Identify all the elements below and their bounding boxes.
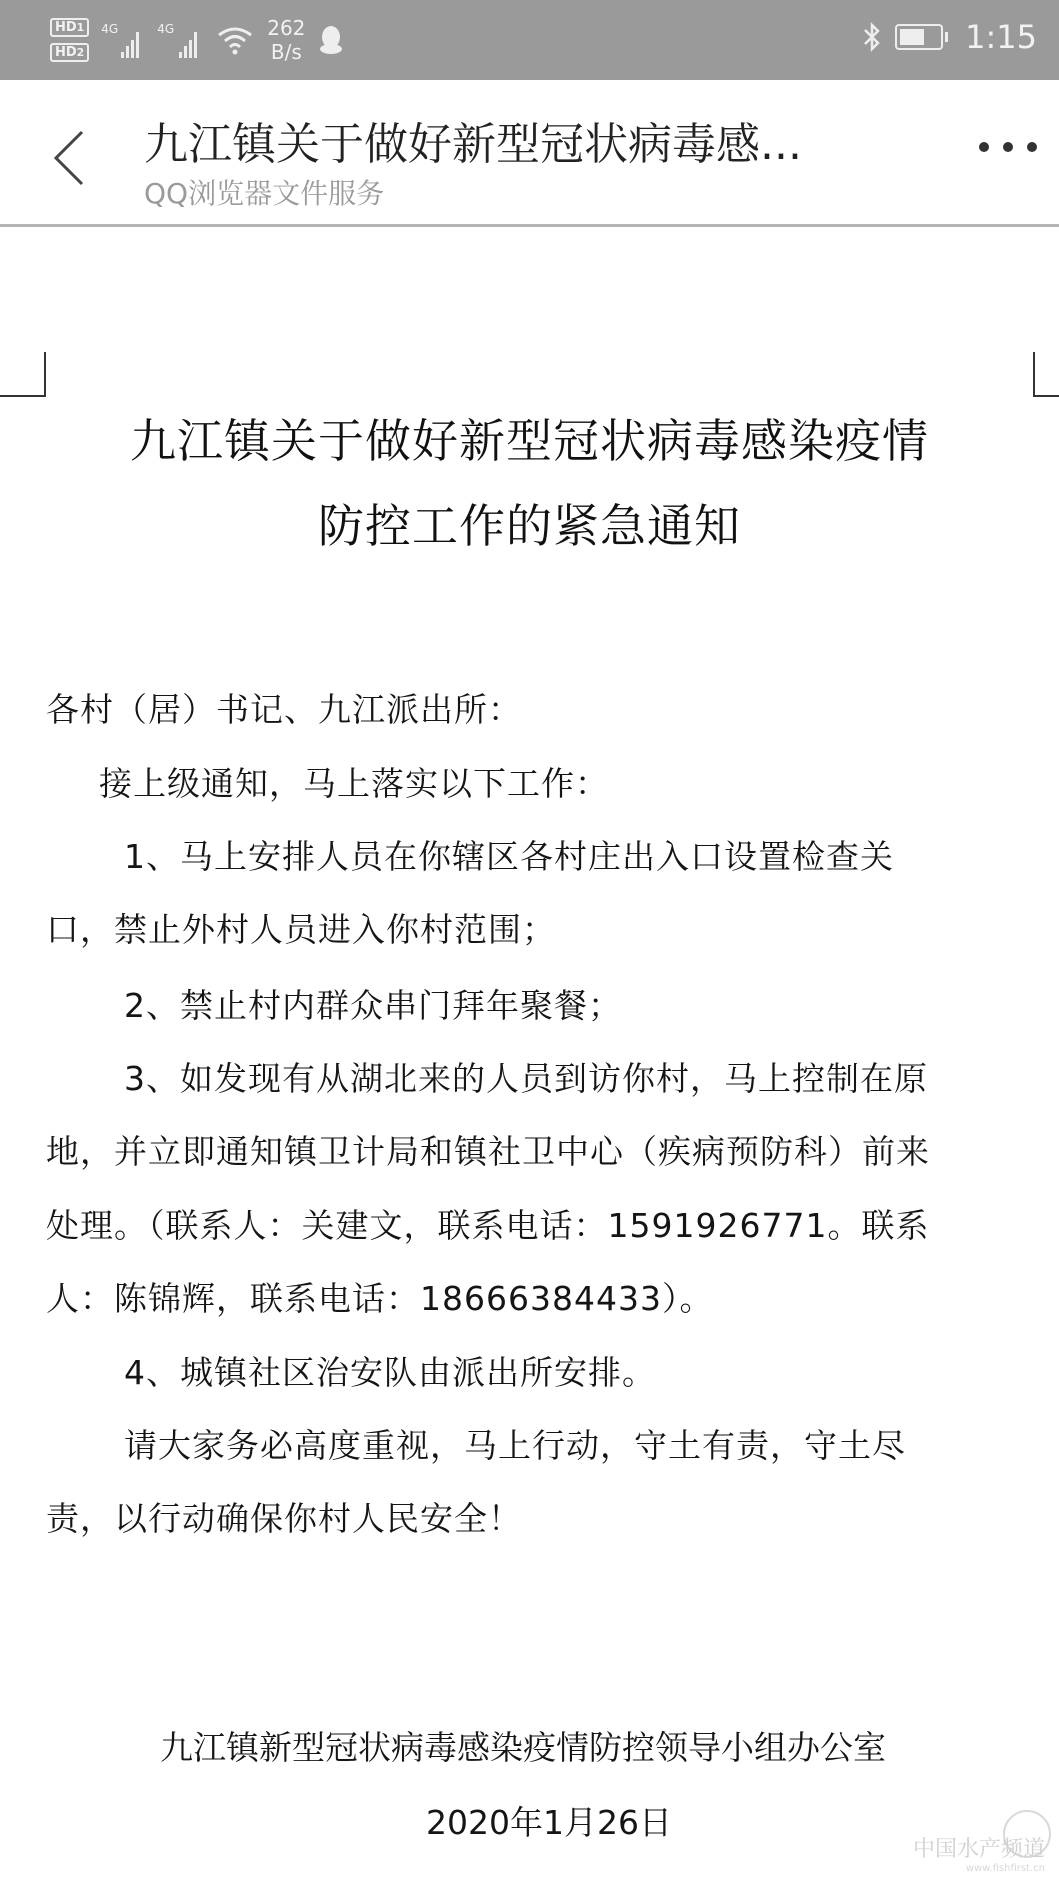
more-button[interactable] [979,142,1037,152]
document-date: 2020年1月26日 [426,1797,672,1844]
body-paragraph: 人：陈锦辉，联系电话：18666384433）。 [46,1273,713,1320]
body-paragraph: 4、城镇社区治安队由派出所安排。 [124,1347,656,1394]
body-paragraph: 责，以行动确保你村人民安全！ [46,1493,522,1540]
watermark: 中国水产频道 www.fishfirst.cn [913,1832,1045,1874]
body-paragraph: 2、禁止村内群众串门拜年聚餐； [124,980,622,1027]
clock: 1:15 [965,18,1037,56]
body-paragraph: 地，并立即通知镇卫计局和镇社卫中心（疾病预防科）前来 [46,1126,930,1173]
salutation: 各村（居）书记、九江派出所： [46,684,522,731]
app-bar: 九江镇关于做好新型冠状病毒感... QQ浏览器文件服务 [0,80,1059,227]
signal-icon: 4G [103,22,145,58]
signal-icon: 4G [159,22,203,58]
page-corner-mark [1033,352,1059,397]
body-paragraph: 处理。（联系人：关建文，联系电话：1591926771。联系 [46,1200,929,1247]
chevron-left-icon [50,128,90,188]
body-paragraph: 1、马上安排人员在你辖区各村庄出入口设置检查关 [124,831,894,878]
body-paragraph: 3、如发现有从湖北来的人员到访你村，马上控制在原 [124,1053,928,1100]
body-paragraph: 请大家务必高度重视，马上行动，守土有责，守土尽 [124,1420,906,1467]
status-bar: HD1 HD2 4G 4G 262 B/s 1:15 [0,0,1059,80]
bluetooth-icon [863,22,881,52]
document-title: 九江镇关于做好新型冠状病毒感染疫情 [0,405,1059,471]
signature: 九江镇新型冠状病毒感染疫情防控领导小组办公室 [160,1722,886,1769]
body-paragraph: 口，禁止外村人员进入你村范围； [46,904,556,951]
wifi-icon [217,25,253,55]
page-subtitle: QQ浏览器文件服务 [144,172,384,212]
back-button[interactable] [50,128,90,188]
page-corner-mark [0,352,46,397]
network-speed: 262 B/s [267,16,305,64]
hd-icon: HD1 HD2 [50,18,89,62]
qq-icon [319,25,343,55]
more-dots-icon [979,142,1037,152]
battery-icon [895,24,943,50]
page-title: 九江镇关于做好新型冠状病毒感... [144,108,802,172]
document-title: 防控工作的紧急通知 [0,490,1059,556]
body-paragraph: 接上级通知，马上落实以下工作： [99,758,609,805]
